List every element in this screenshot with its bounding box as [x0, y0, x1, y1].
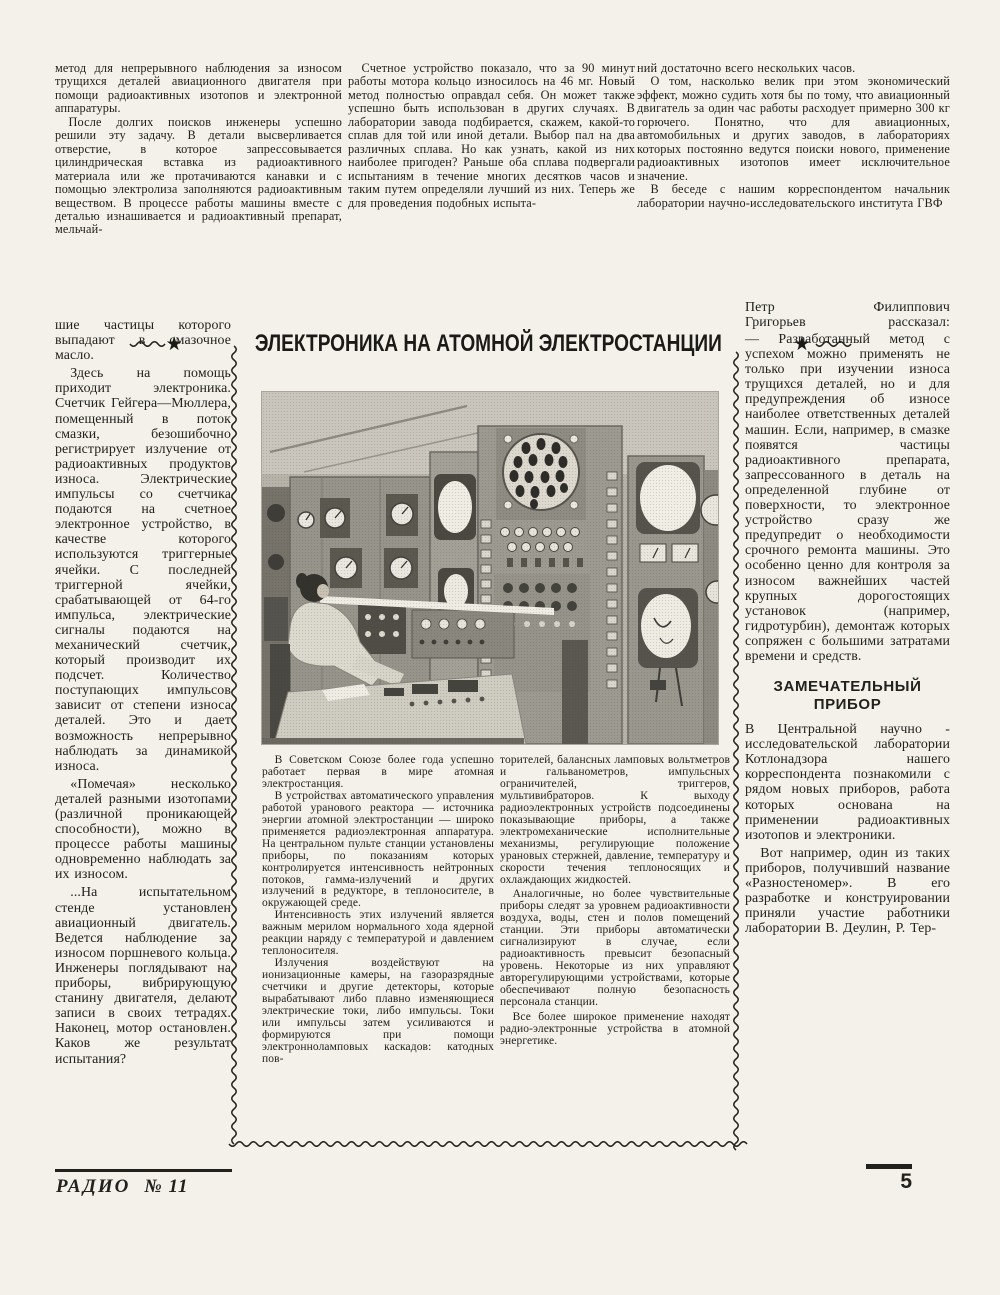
feature-column-2: торителей, балансных ламповых вольтметро… [500, 755, 730, 1048]
wave-ornament [130, 339, 160, 349]
feature-headline: ★ ЭЛЕКТРОНИКА НА АТОМНОЙ ЭЛЕКТРОСТАНЦИИ … [238, 329, 738, 359]
paragraph: «Помечая» несколько деталей разными изот… [55, 777, 231, 883]
paragraph: метод для непрерывного наблюдения за изн… [55, 62, 342, 116]
paragraph: После долгих поисков инженеры успешно ре… [55, 116, 342, 237]
paragraph: Излучения воздействуют на ионизационные … [262, 958, 494, 1066]
star-icon: ★ [166, 335, 183, 354]
paragraph: торителей, балансных ламповых вольтметро… [500, 755, 730, 886]
column-interview: — Разработанный метод с успехом можно пр… [745, 332, 950, 936]
interview-byline: Петр Филиппович Григорьев рассказал: [745, 300, 950, 330]
footer-journal: РАДИО№ 11 [56, 1176, 276, 1198]
page-number-rule [866, 1164, 912, 1169]
feature-column-1: В Советском Союзе более года успешно раб… [262, 755, 494, 1066]
paragraph: В устройствах автоматического управления… [262, 791, 494, 911]
paragraph: — Разработанный метод с успехом можно пр… [745, 332, 950, 664]
paragraph: Все более широкое применение находят рад… [500, 1012, 730, 1048]
column-middle-top: Счетное устройство показало, что за 90 м… [348, 62, 635, 210]
paragraph: ний достаточно всего нескольких часов. [637, 62, 950, 75]
photo-control-room [262, 392, 718, 744]
magazine-page: метод для непрерывного наблюдения за изн… [0, 0, 1000, 1295]
byline-line: Петр Филиппович [745, 300, 950, 315]
paragraph: В Советском Союзе более года успешно раб… [262, 755, 494, 791]
feature-box-border-bottom [229, 1139, 742, 1149]
paragraph: ...На испытательном стенде установлен ав… [55, 885, 231, 1066]
column-left-top: метод для непрерывного наблюдения за изн… [55, 62, 342, 237]
paragraph: В беседе с нашим корреспондентом начальн… [637, 183, 950, 210]
photo-illustration [262, 392, 718, 744]
paragraph: Здесь на помощь приходит электроника. Сч… [55, 366, 231, 774]
paragraph: О том, насколько велик при этом экономич… [637, 75, 950, 183]
section-subheading: ЗАМЕЧАТЕЛЬНЫЙ ПРИБОР [745, 678, 950, 714]
feature-box-border-right [731, 352, 741, 1144]
paragraph: Счетное устройство показало, что за 90 м… [348, 62, 635, 210]
page-number: 5 [866, 1170, 912, 1194]
column-left-narrow: шие частицы которого выпадают в смазочно… [55, 318, 231, 1067]
feature-title: ЭЛЕКТРОНИКА НА АТОМНОЙ ЭЛЕКТРОСТАНЦИИ [255, 330, 722, 358]
paragraph: Интенсивность этих излучений является ва… [262, 910, 494, 958]
paragraph: В Центральной научно - исследовательской… [745, 722, 950, 843]
wave-ornament [816, 339, 846, 349]
column-right-top: ний достаточно всего нескольких часов. О… [637, 62, 950, 210]
journal-issue: № 11 [144, 1176, 188, 1197]
star-icon: ★ [793, 335, 810, 354]
byline-line: Григорьев рассказал: [745, 315, 950, 330]
journal-title: РАДИО [56, 1176, 130, 1197]
paragraph: Вот например, один из таких приборов, по… [745, 846, 950, 937]
footer-rule [55, 1169, 232, 1172]
feature-box-border-left [229, 346, 239, 1144]
paragraph: Аналогичные, но более чувствительные при… [500, 889, 730, 1009]
